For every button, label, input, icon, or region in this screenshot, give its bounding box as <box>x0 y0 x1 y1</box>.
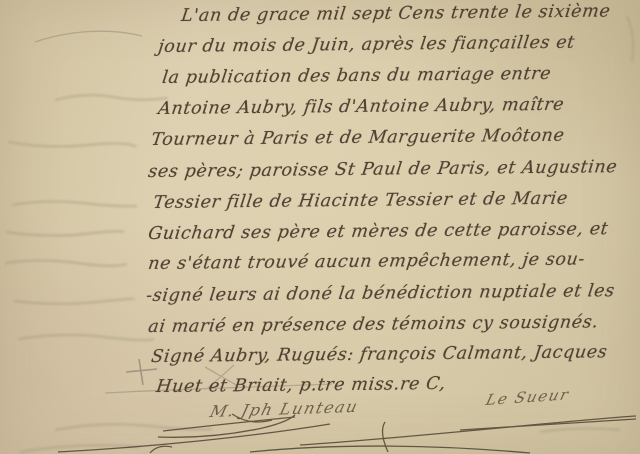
manuscript-line-9: ne s'étant trouvé aucun empêchement, je … <box>147 249 586 274</box>
manuscript-line-6: ses pères; paroisse St Paul de Paris, et… <box>147 157 619 182</box>
manuscript-page: L'an de grace mil sept Cens trente le si… <box>0 0 640 454</box>
manuscript-line-1: L'an de grace mil sept Cens trente le si… <box>180 2 612 26</box>
manuscript-line-3: la publication des bans du mariage entre <box>161 64 552 88</box>
manuscript-line-12: Signé Aubry, Rugués: françois Calmant, J… <box>150 342 609 367</box>
manuscript-line-8: Guichard ses père et mères de cette paro… <box>147 219 610 244</box>
manuscript-line-10: -signé leurs ai doné la bénédiction nupt… <box>145 281 616 306</box>
manuscript-line-13: Huet et Briait, p.tre miss.re C, <box>155 374 447 397</box>
signature-flourish <box>58 414 636 453</box>
signature-right: Le Sueur <box>484 385 571 409</box>
manuscript-line-5: Tourneur à Paris et de Marguerite Moôton… <box>150 126 566 150</box>
manuscript-line-11: ai marié en présence des témoins cy sous… <box>147 312 600 337</box>
manuscript-line-4: Antoine Aubry, fils d'Antoine Aubry, maî… <box>157 95 565 119</box>
manuscript-line-2: jour du mois de Juin, après les fiançail… <box>157 33 576 57</box>
manuscript-line-7: Tessier fille de Hiacinte Tessier et de … <box>152 189 569 213</box>
signature-left: M. Jph Lunteau <box>208 397 361 421</box>
